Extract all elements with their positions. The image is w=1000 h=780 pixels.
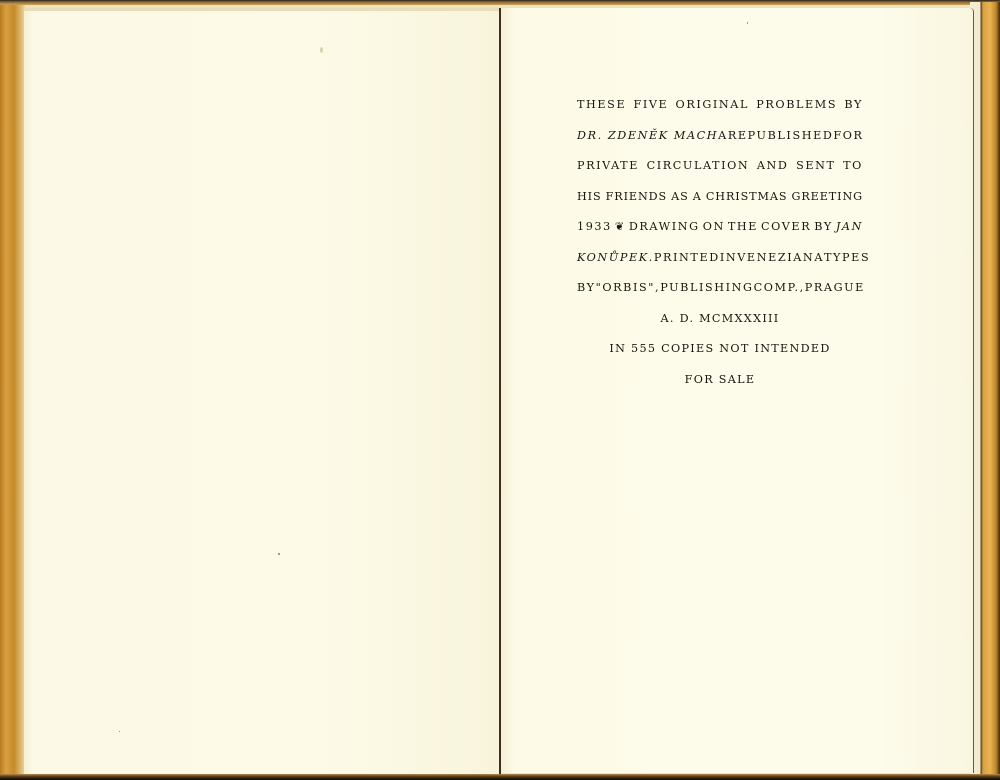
word: BY	[814, 217, 833, 248]
colophon-not-for-sale: FOR SALE	[560, 370, 880, 401]
colophon-line-5: 1933 ❦ DRAWING ON THE COVER BY JAN	[577, 217, 863, 248]
word: "ORBIS",	[596, 278, 661, 309]
word: CHRISTMAS	[706, 187, 788, 218]
word: ORIGINAL	[676, 95, 749, 126]
paper-speck	[747, 22, 748, 24]
colophon-line-6: KONŮPEK. PRINTED IN VENEZIANA TYPES	[577, 248, 863, 279]
word: A	[693, 187, 702, 218]
word: FIVE	[633, 95, 668, 126]
word: FOR	[833, 126, 863, 157]
word: ON	[703, 217, 725, 248]
illustrator-name: KONŮPEK.	[577, 248, 654, 279]
book-bottom-edge	[0, 774, 1000, 780]
word: VENEZIANA	[737, 248, 824, 279]
word: JAN	[836, 217, 863, 248]
author-name: DR. ZDENĚK MACH	[577, 126, 718, 157]
word: THESE	[577, 95, 626, 126]
word: AS	[671, 187, 689, 218]
word: GREETING	[791, 187, 863, 218]
colophon-line-7: BY "ORBIS", PUBLISHING COMP., PRAGUE	[577, 278, 863, 309]
colophon-line-1: THESE FIVE ORIGINAL PROBLEMS BY	[577, 95, 863, 126]
word: BY	[844, 95, 863, 126]
word: PUBLISHING	[660, 278, 753, 309]
paper-speck	[119, 731, 120, 732]
word: ARE	[718, 126, 747, 157]
colophon-date: A. D. MCMXXXIII	[560, 309, 880, 340]
word: BY	[577, 278, 596, 309]
word: TO	[843, 156, 863, 187]
word: PRAGUE	[805, 278, 865, 309]
word: IN	[720, 248, 737, 279]
word: FRIENDS	[606, 187, 668, 218]
paper-speck	[320, 47, 323, 53]
book-spread: THESE FIVE ORIGINAL PROBLEMS BY DR. ZDEN…	[0, 0, 1000, 780]
colophon-line-2: DR. ZDENĚK MACH ARE PUBLISHED FOR	[577, 126, 863, 157]
word: SENT	[796, 156, 835, 187]
word: 1933	[577, 217, 612, 248]
word: PRIVATE	[577, 156, 639, 187]
word: THE	[728, 217, 758, 248]
word: DRAWING	[629, 217, 700, 248]
word: CIRCULATION	[647, 156, 750, 187]
word: AND	[757, 156, 789, 187]
book-cover-right-edge	[970, 2, 1000, 778]
word: PROBLEMS	[756, 95, 837, 126]
paper-speck	[278, 553, 280, 555]
word: PUBLISHED	[748, 126, 834, 157]
word: HIS	[577, 187, 602, 218]
word: TYPES	[824, 248, 870, 279]
left-page	[24, 8, 499, 776]
colophon-text: THESE FIVE ORIGINAL PROBLEMS BY DR. ZDEN…	[560, 95, 880, 400]
word: PRINTED	[654, 248, 720, 279]
colophon-line-3: PRIVATE CIRCULATION AND SENT TO	[577, 156, 863, 187]
word: COMP.,	[754, 278, 805, 309]
colophon-edition: IN 555 COPIES NOT INTENDED	[560, 339, 880, 370]
colophon-line-4: HIS FRIENDS AS A CHRISTMAS GREETING	[577, 187, 863, 218]
book-top-edge	[0, 0, 1000, 5]
word: COVER	[761, 217, 811, 248]
fleuron-icon: ❦	[615, 217, 626, 248]
